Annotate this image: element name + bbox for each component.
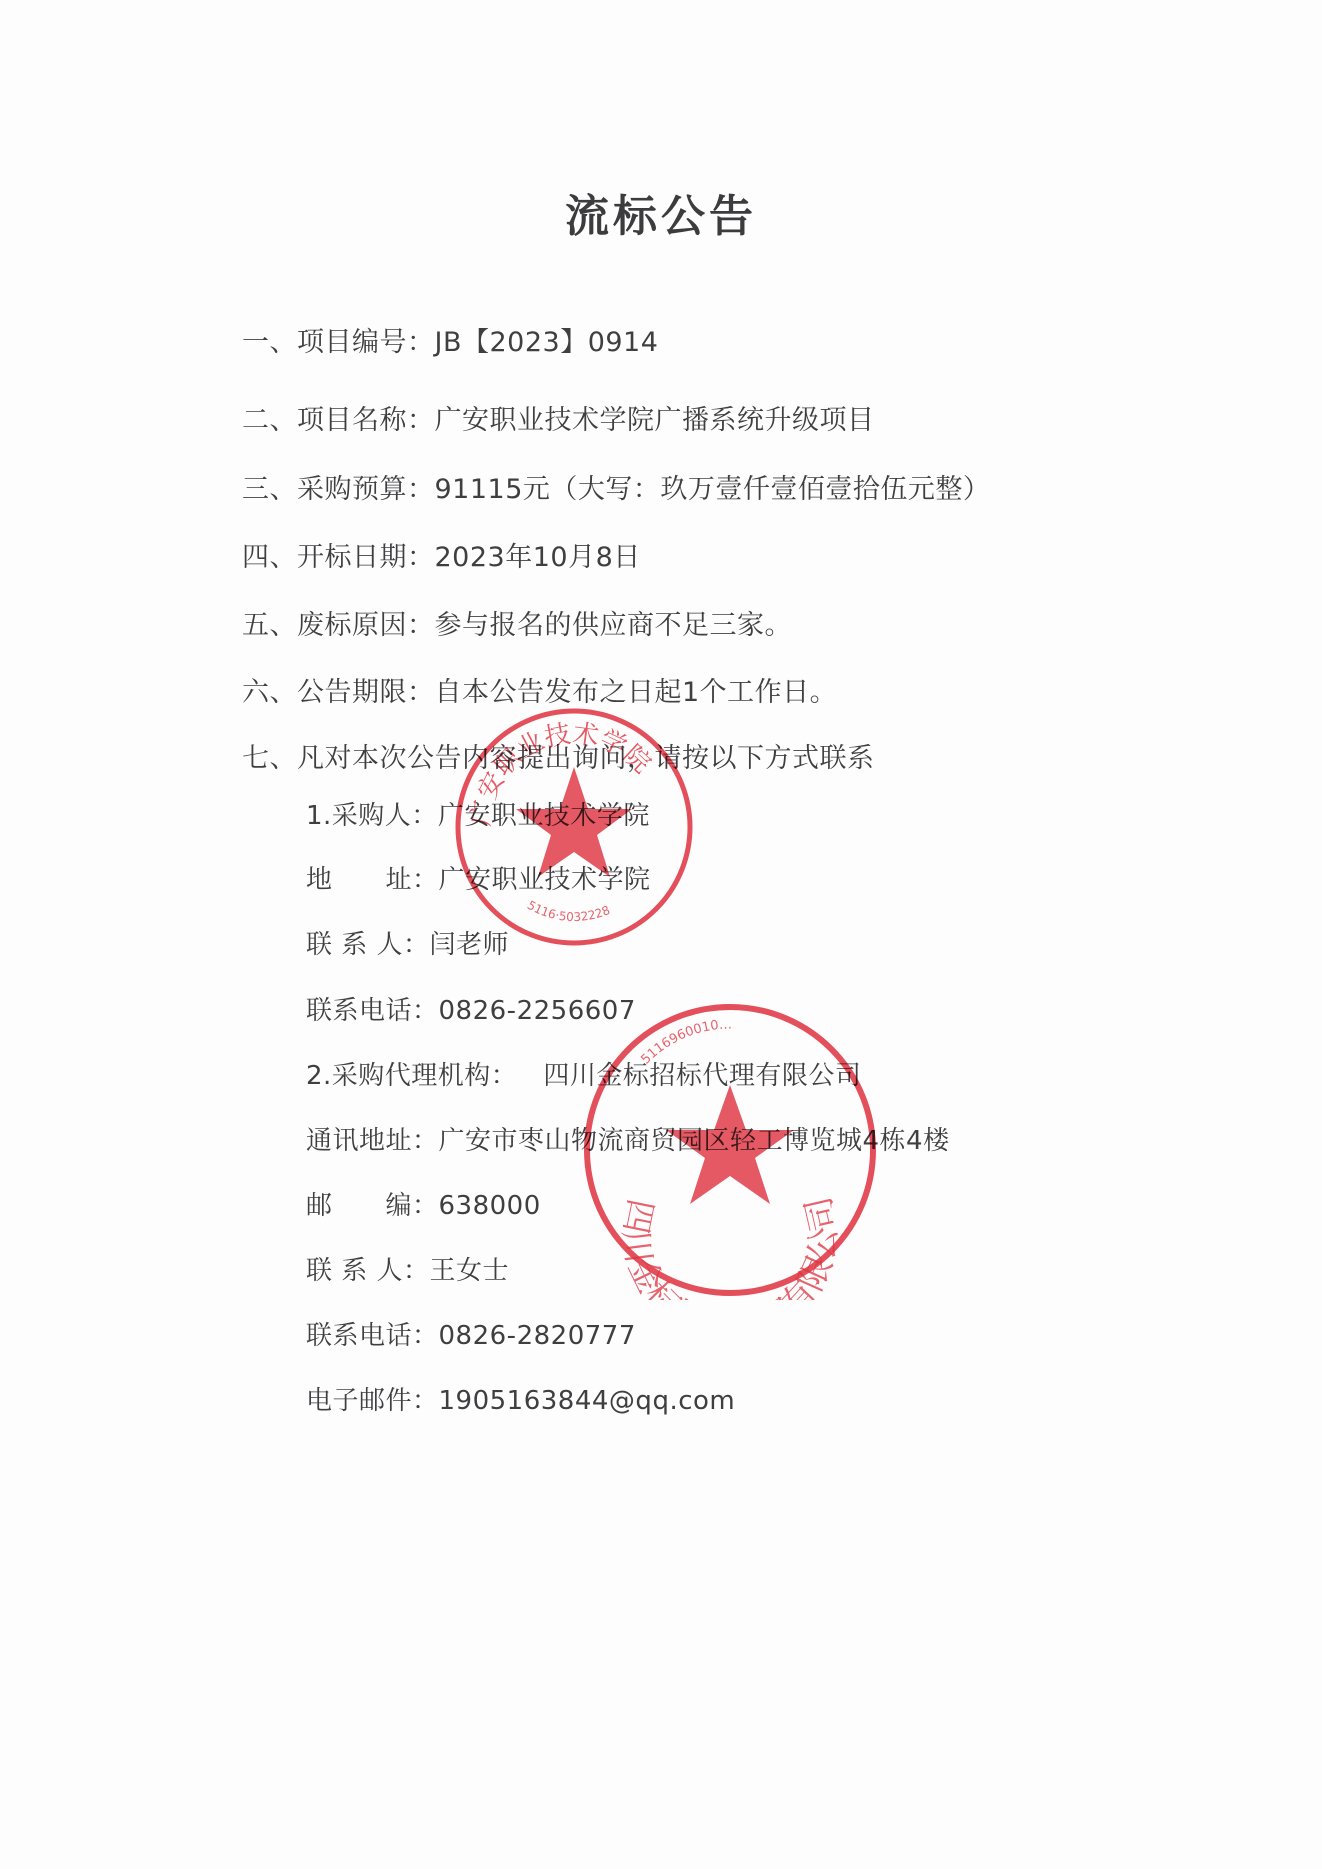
value: 0826-2256607 — [439, 996, 636, 1026]
label: 邮 编： — [306, 1191, 439, 1221]
value: 广安市枣山物流商贸园区轻工博览城4栋4楼 — [439, 1126, 950, 1156]
label: 四、开标日期： — [242, 542, 435, 573]
value: 凡对本次公告内容提出询问，请按以下方式联系 — [297, 743, 875, 774]
agency-address: 通讯地址：广安市枣山物流商贸园区轻工博览城4栋4楼 — [306, 1120, 950, 1157]
value: 自本公告发布之日起1个工作日。 — [435, 677, 838, 708]
label: 地 址： — [306, 865, 439, 895]
svg-text:5116·5032228: 5116·5032228 — [525, 898, 612, 924]
value: 四川金标招标代理有限公司 — [543, 1061, 861, 1091]
value: JB【2023】0914 — [435, 327, 659, 358]
value: 王女士 — [430, 1256, 510, 1286]
document-page: 流标公告 一、项目编号：JB【2023】0914 二、项目名称：广安职业技术学院… — [0, 0, 1322, 1869]
label: 六、公告期限： — [242, 677, 435, 708]
value: 1905163844@qq.com — [439, 1386, 736, 1416]
item-failure-reason: 五、废标原因：参与报名的供应商不足三家。 — [242, 603, 792, 642]
value: 广安职业技术学院 — [439, 865, 651, 895]
purchaser-phone: 联系电话：0826-2256607 — [306, 990, 636, 1027]
label: 一、项目编号： — [242, 327, 435, 358]
purchaser-contact: 联 系 人：闫老师 — [306, 924, 509, 961]
label: 二、项目名称： — [242, 405, 435, 436]
value: 0826-2820777 — [439, 1321, 636, 1351]
agency-email: 电子邮件：1905163844@qq.com — [306, 1380, 735, 1417]
value: 参与报名的供应商不足三家。 — [435, 610, 793, 641]
label: 联 系 人： — [306, 930, 430, 960]
item-notice-period: 六、公告期限：自本公告发布之日起1个工作日。 — [242, 670, 837, 709]
agency-name: 2.采购代理机构：四川金标招标代理有限公司 — [306, 1055, 861, 1092]
label: 1.采购人： — [306, 801, 438, 831]
label: 联系电话： — [306, 1321, 439, 1351]
purchaser-name: 1.采购人：广安职业技术学院 — [306, 795, 650, 832]
value: 广安职业技术学院广播系统升级项目 — [435, 405, 875, 436]
svg-text:四川金标招标代理有限公司: 四川金标招标代理有限公司 — [615, 1193, 845, 1300]
item-project-name: 二、项目名称：广安职业技术学院广播系统升级项目 — [242, 398, 875, 437]
page-title: 流标公告 — [0, 180, 1322, 244]
item-contact-intro: 七、凡对本次公告内容提出询问，请按以下方式联系 — [242, 736, 875, 775]
value: 2023年10月8日 — [435, 542, 641, 573]
label: 五、废标原因： — [242, 610, 435, 641]
label: 通讯地址： — [306, 1126, 439, 1156]
label: 七、 — [242, 743, 297, 774]
label: 电子邮件： — [306, 1386, 439, 1416]
value: 广安职业技术学院 — [438, 801, 650, 831]
value: 91115元（大写：玖万壹仟壹佰壹拾伍元整） — [435, 474, 991, 505]
item-project-number: 一、项目编号：JB【2023】0914 — [242, 320, 658, 359]
agency-contact: 联 系 人：王女士 — [306, 1250, 509, 1287]
purchaser-address: 地 址：广安职业技术学院 — [306, 859, 651, 896]
agency-postcode: 邮 编：638000 — [306, 1185, 541, 1222]
value: 638000 — [439, 1191, 541, 1221]
label: 2.采购代理机构： — [306, 1061, 517, 1091]
label: 联系电话： — [306, 996, 439, 1026]
item-bid-opening-date: 四、开标日期：2023年10月8日 — [242, 535, 641, 574]
item-budget: 三、采购预算：91115元（大写：玖万壹仟壹佰壹拾伍元整） — [242, 467, 990, 506]
value: 闫老师 — [430, 930, 510, 960]
agency-phone: 联系电话：0826-2820777 — [306, 1315, 636, 1352]
label: 三、采购预算： — [242, 474, 435, 505]
label: 联 系 人： — [306, 1256, 430, 1286]
